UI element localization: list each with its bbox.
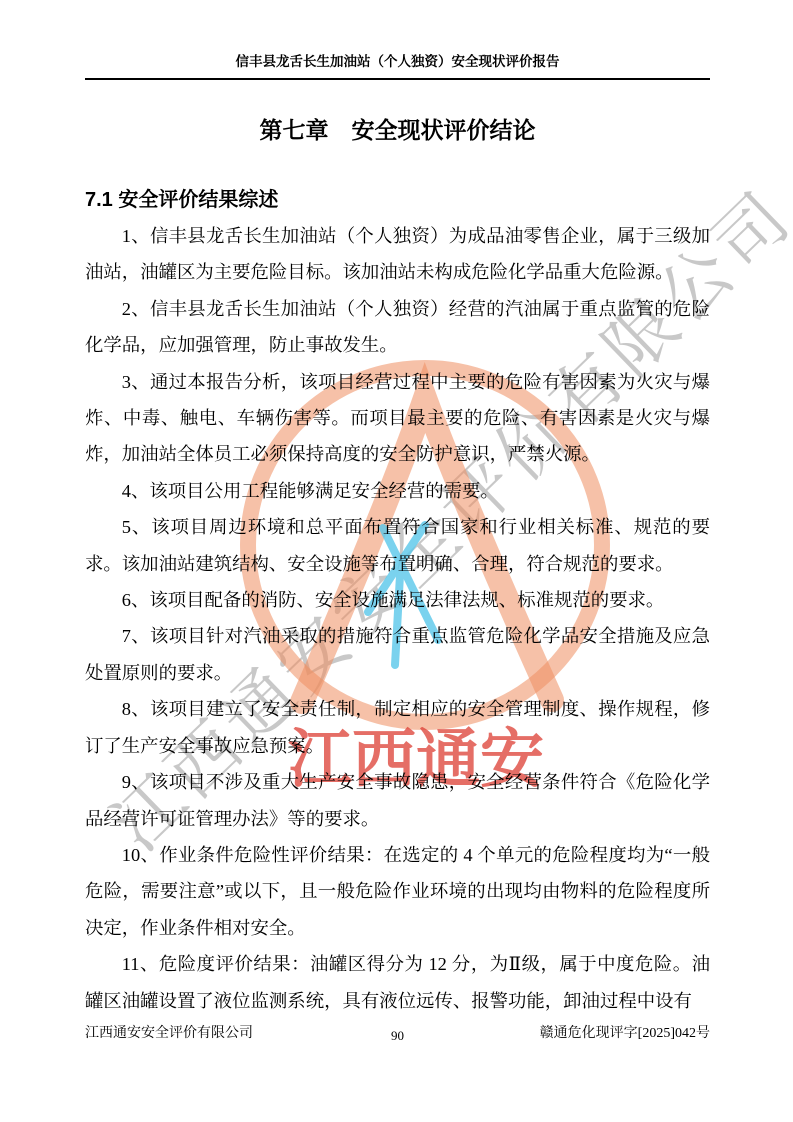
body-text: 1、信丰县龙舌长生加油站（个人独资）为成品油零售企业，属于三级加油站，油罐区为主… [85, 218, 710, 1019]
page-content: 信丰县龙舌长生加油站（个人独资）安全现状评价报告 第七章 安全现状评价结论 7.… [85, 0, 710, 1019]
paragraph-5: 5、该项目周边环境和总平面布置符合国家和行业相关标准、规范的要求。该加油站建筑结… [85, 509, 710, 582]
section-heading: 7.1 安全评价结果综述 [85, 186, 710, 214]
chapter-title: 第七章 安全现状评价结论 [85, 114, 710, 146]
document-page: 江西通安安全评价有限公司 江西通安 信丰县龙舌长生加油站（个人独资）安全现状评价… [0, 0, 793, 1122]
paragraph-8: 8、该项目建立了安全责任制，制定相应的安全管理制度、操作规程，修订了生产安全事故… [85, 691, 710, 764]
footer-page-number: 90 [391, 1026, 404, 1046]
paragraph-6: 6、该项目配备的消防、安全设施满足法律法规、标准规范的要求。 [85, 582, 710, 618]
footer-company-name: 江西通安安全评价有限公司 [85, 1024, 253, 1044]
paragraph-2: 2、信丰县龙舌长生加油站（个人独资）经营的汽油属于重点监管的危险化学品，应加强管… [85, 291, 710, 364]
paragraph-1: 1、信丰县龙舌长生加油站（个人独资）为成品油零售企业，属于三级加油站，油罐区为主… [85, 218, 710, 291]
paragraph-3: 3、通过本报告分析，该项目经营过程中主要的危险有害因素为火灾与爆炸、中毒、触电、… [85, 364, 710, 473]
paragraph-7: 7、该项目针对汽油采取的措施符合重点监管危险化学品安全措施及应急处置原则的要求。 [85, 618, 710, 691]
page-header-title: 信丰县龙舌长生加油站（个人独资）安全现状评价报告 [85, 52, 710, 80]
paragraph-10: 10、作业条件危险性评价结果：在选定的 4 个单元的危险程度均为“一般危险，需要… [85, 837, 710, 946]
paragraph-9: 9、该项目不涉及重大生产安全事故隐患，安全经营条件符合《危险化学品经营许可证管理… [85, 764, 710, 837]
paragraph-11: 11、危险度评价结果：油罐区得分为 12 分，为Ⅱ级，属于中度危险。油罐区油罐设… [85, 946, 710, 1019]
paragraph-4: 4、该项目公用工程能够满足安全经营的需要。 [85, 473, 710, 509]
footer-document-number: 赣通危化现评字[2025]042号 [540, 1024, 710, 1044]
